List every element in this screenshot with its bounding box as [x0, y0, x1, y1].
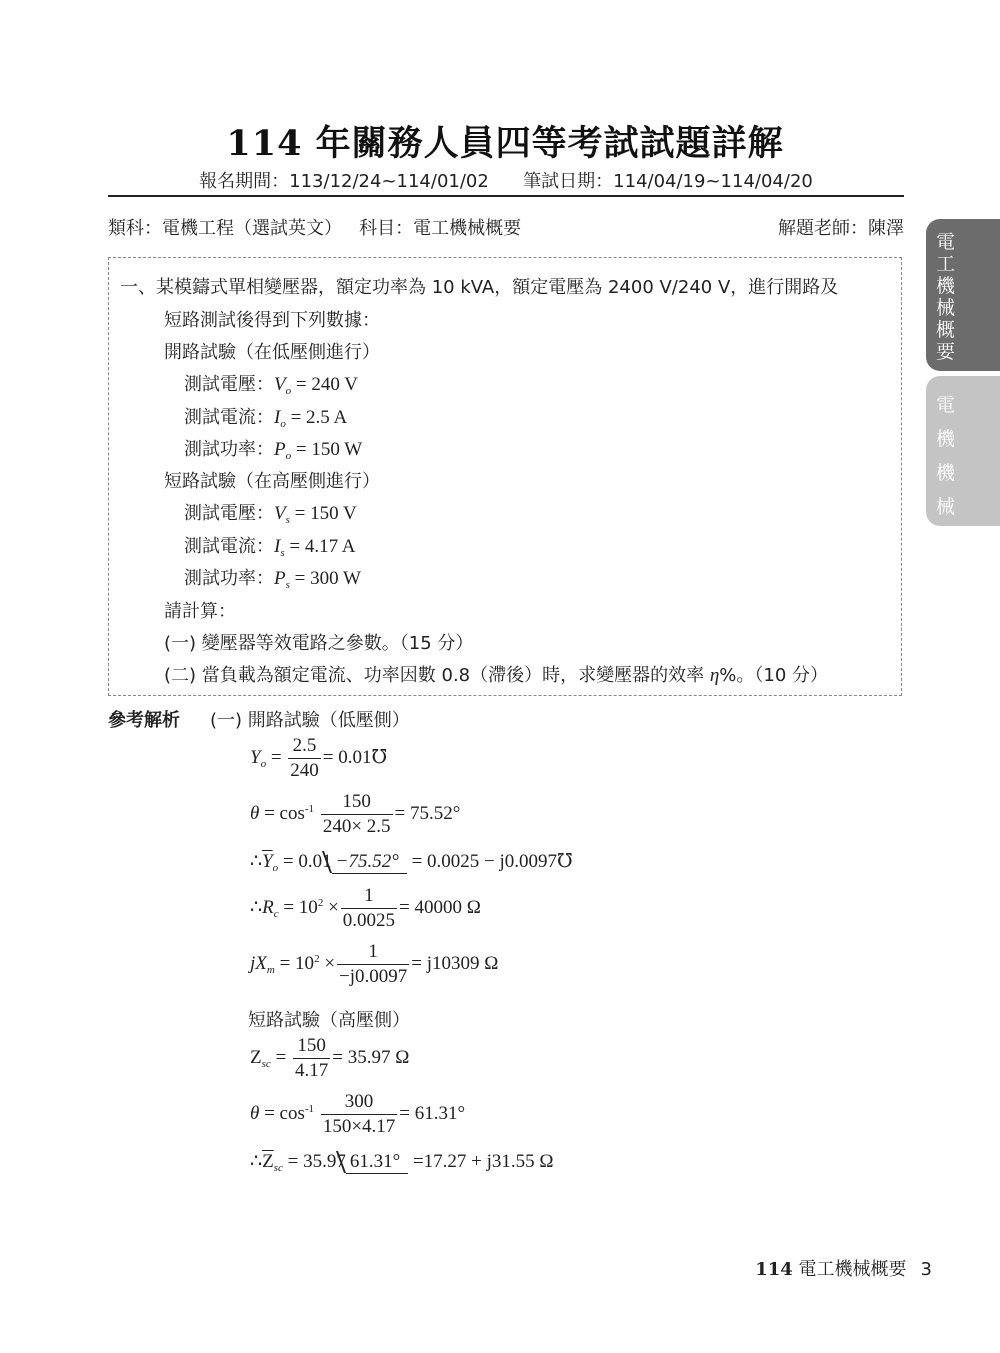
open-circuit-current: 測試電流：Io = 2.5 A — [184, 403, 347, 430]
side-tab-electrical-machinery-overview[interactable]: 電 工 機 械 概 要 — [926, 219, 1000, 371]
symbol: V — [274, 503, 286, 524]
multiplier: = 10 — [283, 897, 317, 918]
numerator: 300 — [321, 1090, 397, 1115]
item-label: 測試電流： — [184, 536, 274, 557]
item-formula: Io = 2.5 A — [274, 407, 347, 428]
angle: −75.52° — [332, 851, 407, 874]
registration-period: 113/12/24~114/01/02 — [289, 171, 489, 192]
eq-yo: Yo = 2.5240= 0.01℧ — [250, 734, 387, 783]
tab-char: 械 — [936, 297, 955, 319]
tab-char: 概 — [936, 319, 955, 341]
tab-char: 電 — [936, 231, 955, 253]
calc-prompt: 請計算： — [164, 597, 236, 623]
registration-label: 報名期間： — [199, 171, 289, 192]
denominator: 4.17 — [293, 1059, 330, 1083]
item-label: 測試電流： — [184, 407, 274, 428]
denominator: 240× 2.5 — [321, 815, 393, 839]
item-formula: Is = 4.17 A — [274, 536, 356, 557]
result: =17.27 + j31.55 Ω — [413, 1151, 554, 1172]
value: = 300 W — [295, 568, 361, 589]
result: = 61.31° — [399, 1103, 465, 1124]
category-subject: 類科：電機工程（選試英文） 科目：電工機械概要 — [108, 214, 521, 240]
open-circuit-heading: 開路試驗（在低壓側進行） — [164, 338, 380, 364]
denominator: 150×4.17 — [321, 1115, 397, 1139]
numerator: 2.5 — [288, 734, 321, 759]
symbol: P — [274, 568, 286, 589]
category: 類科：電機工程（選試英文） — [108, 218, 342, 239]
part-label: (二) — [164, 665, 196, 686]
tab-char: 機 — [936, 422, 955, 456]
subscript: s — [286, 514, 290, 526]
denominator: −j0.0097 — [337, 965, 409, 989]
subscript: sc — [274, 1162, 283, 1174]
numerator: 150 — [293, 1034, 330, 1059]
item-formula: Ps = 300 W — [274, 568, 361, 589]
eta-symbol: η — [710, 665, 719, 686]
tab-char: 要 — [936, 341, 955, 363]
angle: 61.31° — [346, 1151, 408, 1174]
subscript: o — [286, 450, 292, 462]
subscript: o — [286, 385, 292, 397]
symbol: Y — [262, 851, 273, 872]
part-text: 變壓器等效電路之參數。（15 分） — [202, 633, 474, 654]
symbol: V — [274, 374, 286, 395]
eq-xm: jXm = 102 ×1−j0.0097= j10309 Ω — [250, 940, 498, 989]
question-part-2: (二) 當負載為額定電流、功率因數 0.8（滯後）時，求變壓器的效率 η%。（1… — [164, 661, 828, 687]
multiplier: = 10 — [280, 953, 314, 974]
part-text: 當負載為額定電流、功率因數 0.8（滯後）時，求變壓器的效率 — [202, 665, 710, 686]
tab-char: 工 — [936, 253, 955, 275]
exam-schedule: 報名期間：113/12/24~114/01/02 筆試日期：114/04/19~… — [0, 167, 1000, 193]
therefore-symbol: ∴ — [250, 1151, 262, 1172]
tab-char: 電 — [936, 388, 955, 422]
eq-rc: ∴Rc = 102 ×10.0025= 40000 Ω — [250, 884, 481, 933]
symbol: R — [262, 897, 274, 918]
subscript: c — [274, 908, 279, 920]
numerator: 150 — [321, 790, 393, 815]
subscript: o — [273, 862, 279, 874]
numerator: 1 — [341, 884, 397, 909]
page-title: 114 年關務人員四等考試試題詳解 — [0, 116, 1000, 166]
eq-yo-phasor: ∴Yo = 0.01−75.52° = 0.0025 − j0.0097℧ — [250, 850, 573, 874]
result: = 40000 Ω — [399, 897, 481, 918]
symbol: Z — [250, 1047, 262, 1068]
short-circuit-power: 測試功率：Ps = 300 W — [184, 564, 361, 591]
item-formula: Vo = 240 V — [274, 374, 358, 395]
result: = 0.0025 − j0.0097℧ — [412, 851, 573, 872]
value: = 4.17 A — [289, 536, 355, 557]
item-label: 測試功率： — [184, 439, 274, 460]
value: = 2.5 A — [291, 407, 348, 428]
fraction: 10.0025 — [341, 884, 397, 933]
page-number: 3 — [921, 1259, 932, 1280]
subscript: s — [280, 547, 284, 559]
short-circuit-heading: 短路試驗（在高壓側進行） — [164, 467, 380, 493]
side-tab-electric-machinery[interactable]: 電 機 機 械 — [926, 376, 1000, 526]
symbol: P — [274, 439, 286, 460]
open-circuit-voltage: 測試電壓：Vo = 240 V — [184, 370, 358, 397]
part-label: (一) — [164, 633, 196, 654]
value: = 240 V — [296, 374, 358, 395]
fraction: 1−j0.0097 — [337, 940, 409, 989]
therefore-symbol: ∴ — [250, 851, 262, 872]
symbol: Z — [262, 1151, 274, 1172]
question-intro-line1: 一、某模鑄式單相變壓器，額定功率為 10 kVA，額定電壓為 2400 V/24… — [120, 273, 838, 299]
symbol: Y — [250, 747, 261, 768]
result: = 75.52° — [395, 803, 461, 824]
part-text: %。（10 分） — [719, 665, 828, 686]
subject: 科目：電工機械概要 — [359, 218, 521, 239]
question-intro-line2: 短路測試後得到下列數據： — [164, 306, 380, 332]
subscript: o — [280, 418, 286, 430]
symbol: jX — [250, 953, 267, 974]
result: = 35.97 Ω — [332, 1047, 409, 1068]
header-divider — [108, 195, 904, 197]
short-circuit-voltage: 測試電壓：Vs = 150 V — [184, 499, 357, 526]
fraction: 2.5240 — [288, 734, 321, 783]
item-formula: Vs = 150 V — [274, 503, 357, 524]
item-label: 測試功率： — [184, 568, 274, 589]
superscript: -1 — [305, 803, 314, 815]
exam-date-label: 筆試日期： — [523, 171, 613, 192]
subscript: o — [261, 758, 267, 770]
fraction: 150240× 2.5 — [321, 790, 393, 839]
tab-char: 機 — [936, 456, 955, 490]
item-label: 測試電壓： — [184, 503, 274, 524]
times: × — [328, 897, 339, 918]
short-circuit-current: 測試電流：Is = 4.17 A — [184, 532, 356, 559]
tab-char: 機 — [936, 275, 955, 297]
question-text: 某模鑄式單相變壓器，額定功率為 10 kVA，額定電壓為 2400 V/240 … — [156, 277, 838, 298]
answer-short-heading: 短路試驗（高壓側） — [248, 1006, 410, 1032]
subscript: m — [267, 964, 275, 976]
denominator: 240 — [288, 759, 321, 783]
times: × — [324, 953, 335, 974]
tab-char: 械 — [936, 490, 955, 524]
teacher: 解題老師：陳澤 — [778, 214, 904, 240]
value: = 150 V — [295, 503, 357, 524]
answer-label: 參考解析 — [108, 706, 180, 732]
eq-theta-open: θ = cos-1 150240× 2.5= 75.52° — [250, 790, 460, 839]
numerator: 1 — [337, 940, 409, 965]
side-tab-label: 電 工 機 械 概 要 — [936, 231, 955, 363]
exam-dates: 114/04/19~114/04/20 — [613, 171, 813, 192]
eq-zsc: Zsc = 1504.17= 35.97 Ω — [250, 1034, 409, 1083]
footer-year: 114 — [755, 1259, 793, 1280]
denominator: 0.0025 — [341, 909, 397, 933]
fraction: 300150×4.17 — [321, 1090, 397, 1139]
open-circuit-power: 測試功率：Po = 150 W — [184, 435, 362, 462]
item-formula: Po = 150 W — [274, 439, 362, 460]
answer-part1-heading: (一) 開路試驗（低壓側） — [210, 706, 410, 732]
fraction: 1504.17 — [293, 1034, 330, 1083]
superscript: 2 — [318, 897, 324, 909]
superscript: -1 — [305, 1103, 314, 1115]
therefore-symbol: ∴ — [250, 897, 262, 918]
eq-zsc-phasor: ∴Zsc = 35.9761.31° =17.27 + j31.55 Ω — [250, 1150, 554, 1174]
result: = 0.01℧ — [323, 747, 387, 768]
item-label: 測試電壓： — [184, 374, 274, 395]
result: = j10309 Ω — [411, 953, 498, 974]
side-tab-label: 電 機 機 械 — [936, 388, 955, 524]
question-part-1: (一) 變壓器等效電路之參數。（15 分） — [164, 629, 473, 655]
value: = 150 W — [296, 439, 362, 460]
question-number: 一、 — [120, 277, 156, 298]
subscript: sc — [262, 1058, 271, 1070]
footer-book-title: 電工機械概要 — [799, 1259, 907, 1280]
page-footer: 114 電工機械概要3 — [755, 1255, 932, 1281]
subscript: s — [286, 579, 290, 591]
superscript: 2 — [314, 953, 320, 965]
eq-theta-short: θ = cos-1 300150×4.17= 61.31° — [250, 1090, 465, 1139]
